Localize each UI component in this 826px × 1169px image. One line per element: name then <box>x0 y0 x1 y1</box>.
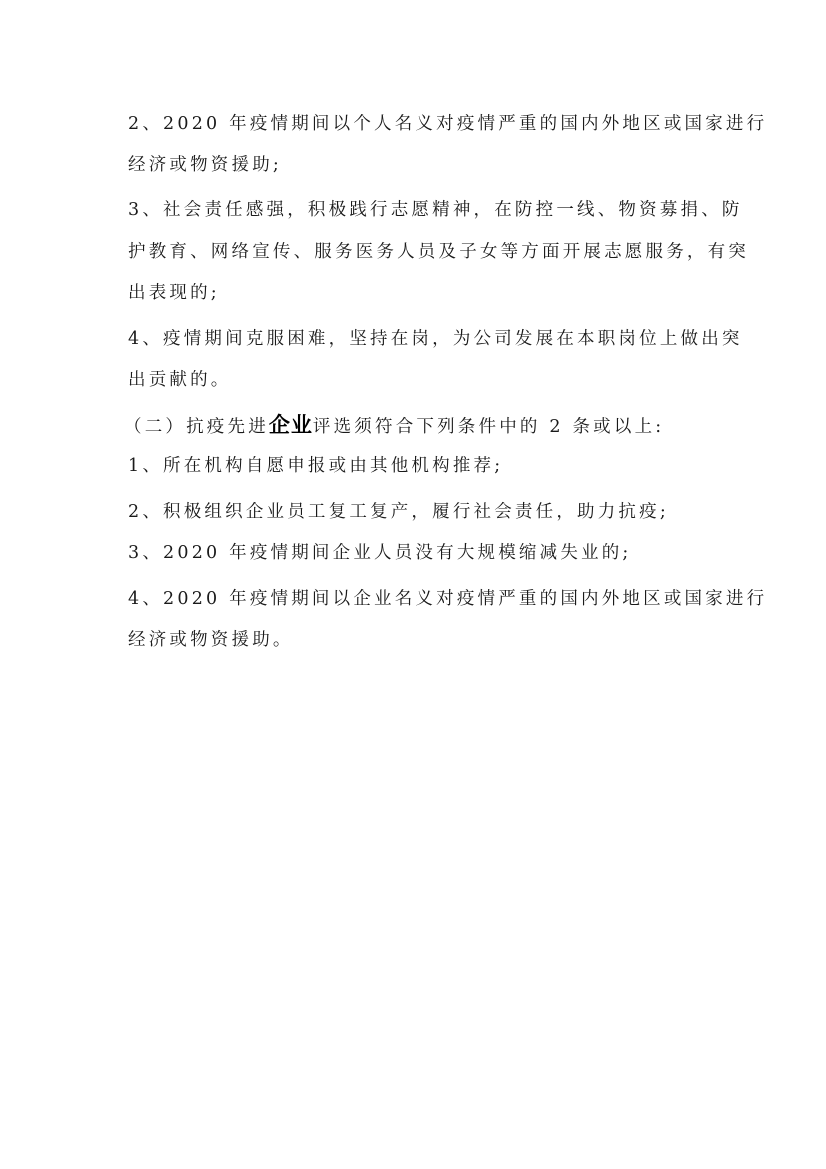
enterprise-criteria-item-4-line-1: 4、2020 年疫情期间以企业名义对疫情严重的国内外地区或国家进行 <box>128 588 767 610</box>
section-heading-prefix: （二）抗疫先进 <box>124 417 269 437</box>
section-heading-bold-term: 企业 <box>269 413 313 437</box>
criteria-item-3-line-1: 3、社会责任感强，积极践行志愿精神，在防控一线、物资募捐、防 <box>128 199 743 221</box>
criteria-item-2-line-1: 2、2020 年疫情期间以个人名义对疫情严重的国内外地区或国家进行 <box>128 113 767 135</box>
criteria-item-4-line-2: 出贡献的。 <box>128 369 232 391</box>
criteria-item-3-line-3: 出表现的; <box>128 282 220 304</box>
enterprise-criteria-item-2: 2、积极组织企业员工复工复产，履行社会责任，助力抗疫; <box>128 501 669 523</box>
criteria-item-4-line-1: 4、疫情期间克服困难，坚持在岗，为公司发展在本职岗位上做出突 <box>128 328 743 350</box>
criteria-item-2-line-2: 经济或物资援助; <box>128 154 282 176</box>
enterprise-criteria-item-3: 3、2020 年疫情期间企业人员没有大规模缩减失业的; <box>128 542 632 564</box>
criteria-item-3-line-2: 护教育、网络宣传、服务医务人员及子女等方面开展志愿服务，有突 <box>128 241 749 263</box>
section-heading-enterprise: （二）抗疫先进企业评选须符合下列条件中的 2 条或以上: <box>124 414 664 436</box>
enterprise-criteria-item-1: 1、所在机构自愿申报或由其他机构推荐; <box>128 455 503 477</box>
enterprise-criteria-item-4-line-2: 经济或物资援助。 <box>128 629 294 651</box>
section-heading-suffix: 评选须符合下列条件中的 2 条或以上: <box>313 417 664 437</box>
